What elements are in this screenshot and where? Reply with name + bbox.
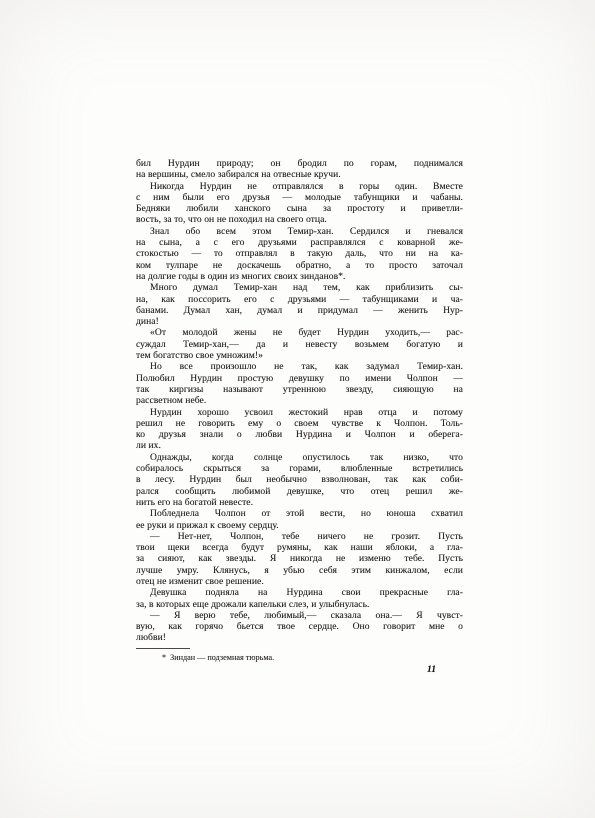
text-line: рассветном небе. xyxy=(136,395,463,406)
footnote-divider xyxy=(136,648,190,649)
text-line: за сияют, как звезды. Я никогда не измен… xyxy=(136,553,463,564)
footnote-text: Зиндан — подземная тюрьма. xyxy=(170,653,274,662)
text-line: нить его на богатой невесте. xyxy=(136,497,463,508)
paragraph: — Нет-нет, Чолпон, тебе ничего не грозит… xyxy=(136,531,463,587)
text-line: бил Нурдин природу; он бродил по горам, … xyxy=(136,158,463,169)
text-line: ко друзья знали о любви Нурдина и Чолпон… xyxy=(136,429,463,440)
paragraph: Девушка подняла на Нурдина свои прекрасн… xyxy=(136,587,463,610)
text-line: на, как поссорить его с друзьями — табун… xyxy=(136,294,463,305)
text-line: Бедняки любили ханского сына за простоту… xyxy=(136,203,463,214)
text-line: на сына, а с его друзьями расправлялся с… xyxy=(136,237,463,248)
text-line: на долгие годы в один из многих своих зи… xyxy=(136,271,463,282)
text-line: так киргизы называют утреннюю звезду, си… xyxy=(136,384,463,395)
text-line: вую, как горячо бьется твое сердце. Оно … xyxy=(136,621,463,632)
book-page: бил Нурдин природу; он бродил по горам, … xyxy=(0,0,595,818)
text-line: Много думал Темир-хан над тем, как прибл… xyxy=(136,282,463,293)
footnote-marker: * xyxy=(162,653,166,662)
text-line: лучше умру. Клянусь, я убью себя этим ки… xyxy=(136,565,463,576)
paragraph: — Я верю тебе, любимый,— сказала она.— Я… xyxy=(136,610,463,644)
text-line: собиралось скрыться за горами, влюбленны… xyxy=(136,463,463,474)
paragraph: Однажды, когда солнце опустилось так низ… xyxy=(136,452,463,508)
text-line: Полюбил Нурдин простую девушку по имени … xyxy=(136,373,463,384)
paragraph: Знал обо всем этом Темир-хан. Сердился и… xyxy=(136,226,463,282)
text-line: — Нет-нет, Чолпон, тебе ничего не грозит… xyxy=(136,531,463,542)
paragraph: Побледнела Чолпон от этой вести, но юнош… xyxy=(136,508,463,531)
paragraph: Нурдин хорошо усвоил жестокий нрав отца … xyxy=(136,407,463,452)
paragraph: «От молодой жены не будет Нурдин уходить… xyxy=(136,327,463,361)
page-number: 11 xyxy=(416,665,436,675)
text-line: Но все произошло не так, как задумал Тем… xyxy=(136,361,463,372)
text-line: отец не изменит свое решение. xyxy=(136,576,463,587)
footnote: *Зиндан — подземная тюрьма. xyxy=(136,653,463,663)
text-line: на вершины, смело забирался на отвесные … xyxy=(136,169,463,180)
text-line: тем богатство свое умножим!» xyxy=(136,350,463,361)
text-line: Никогда Нурдин не отправлялся в горы оди… xyxy=(136,181,463,192)
text-line: ком тулпаре не доскачешь обратно, а то п… xyxy=(136,260,463,271)
text-line: Девушка подняла на Нурдина свои прекрасн… xyxy=(136,587,463,598)
paragraph: Но все произошло не так, как задумал Тем… xyxy=(136,361,463,406)
text-line: ее руки и прижал к своему сердцу. xyxy=(136,520,463,531)
text-line: Нурдин хорошо усвоил жестокий нрав отца … xyxy=(136,407,463,418)
text-line: — Я верю тебе, любимый,— сказала она.— Я… xyxy=(136,610,463,621)
text-line: суждал Темир-хан,— да и невесту возьмем … xyxy=(136,339,463,350)
text-line: Знал обо всем этом Темир-хан. Сердился и… xyxy=(136,226,463,237)
paragraph: бил Нурдин природу; он бродил по горам, … xyxy=(136,158,463,181)
text-line: Побледнела Чолпон от этой вести, но юнош… xyxy=(136,508,463,519)
text-line: «От молодой жены не будет Нурдин уходить… xyxy=(136,327,463,338)
paragraph: Никогда Нурдин не отправлялся в горы оди… xyxy=(136,181,463,226)
text-line: стокостью — то отправлял в такую даль, ч… xyxy=(136,248,463,259)
text-line: дина! xyxy=(136,316,463,327)
text-line: Однажды, когда солнце опустилось так низ… xyxy=(136,452,463,463)
text-line: ли их. xyxy=(136,440,463,451)
text-line: любви! xyxy=(136,632,463,643)
text-line: твои щеки всегда будут румяны, как наши … xyxy=(136,542,463,553)
text-line: решил не говорить ему о своем чувстве к … xyxy=(136,418,463,429)
text-line: за, в которых еще дрожали капельки слез,… xyxy=(136,599,463,610)
text-line: в лесу. Нурдин был необычно взволнован, … xyxy=(136,474,463,485)
page-text-block: бил Нурдин природу; он бродил по горам, … xyxy=(136,158,463,644)
text-line: рался сообщить любимой девушке, что отец… xyxy=(136,486,463,497)
paragraph: Много думал Темир-хан над тем, как прибл… xyxy=(136,282,463,327)
text-line: банами. Думал хан, думал и придумал — же… xyxy=(136,305,463,316)
text-line: с ним были его друзья — молодые табунщик… xyxy=(136,192,463,203)
text-line: вость, за то, что он не походил на своег… xyxy=(136,214,463,225)
